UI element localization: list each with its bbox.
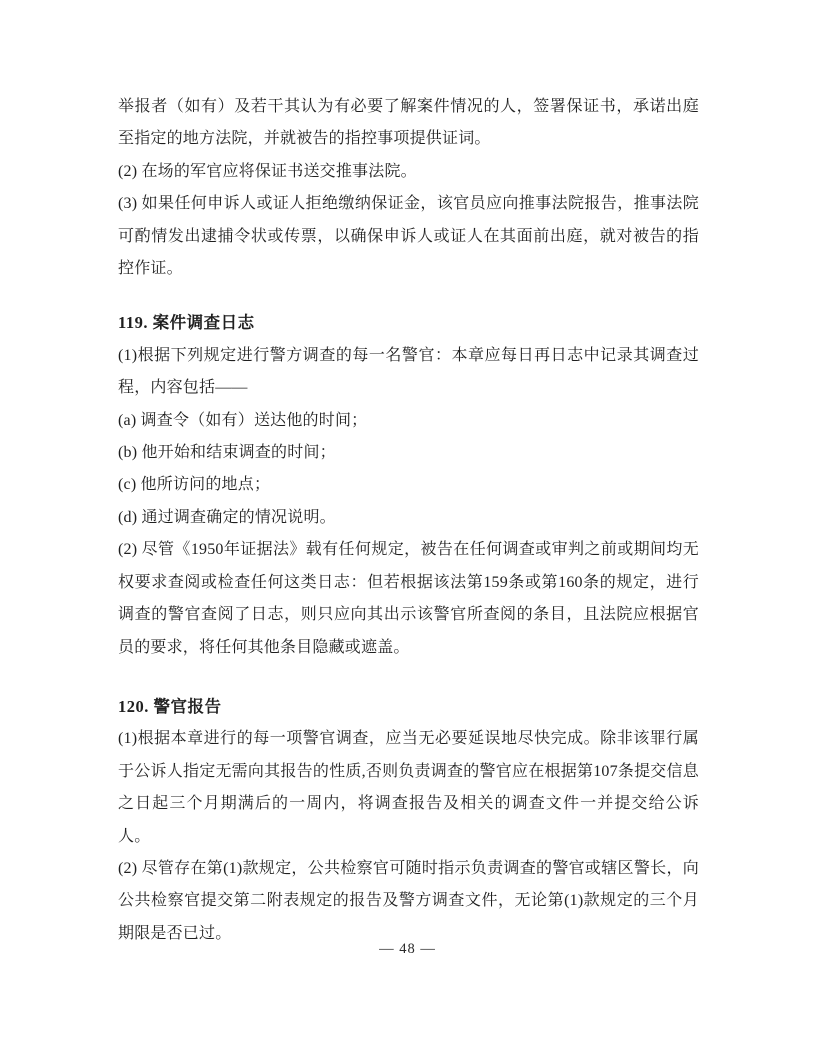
section-119-clause-1: (1)根据下列规定进行警方调查的每一名警官：本章应每日再日志中记录其调查过程，内… xyxy=(118,340,699,405)
section-120-clause-2: (2) 尽管存在第(1)款规定，公共检察官可随时指示负责调查的警官或辖区警长，向… xyxy=(118,853,699,950)
section-119-item-a: (a) 调查令（如有）送达他的时间； xyxy=(118,405,699,437)
top-clause-2: (2) 在场的军官应将保证书送交推事法院。 xyxy=(118,156,699,188)
document-page: 举报者（如有）及若干其认为有必要了解案件情况的人，签署保证书，承诺出庭至指定的地… xyxy=(0,0,815,1055)
section-119-item-c: (c) 他所访问的地点； xyxy=(118,469,699,501)
section-119-clause-2: (2) 尽管《1950年证据法》载有任何规定，被告在任何调查或审判之前或期间均无… xyxy=(118,534,699,664)
section-119-item-b: (b) 他开始和结束调查的时间； xyxy=(118,437,699,469)
section-120-clause-1: (1)根据本章进行的每一项警官调查，应当无必要延误地尽快完成。除非该罪行属于公诉… xyxy=(118,723,699,853)
section-119-heading: 119. 案件调查日志 xyxy=(118,307,699,339)
continuation-paragraph: 举报者（如有）及若干其认为有必要了解案件情况的人，签署保证书，承诺出庭至指定的地… xyxy=(118,91,699,156)
document-content: 举报者（如有）及若干其认为有必要了解案件情况的人，签署保证书，承诺出庭至指定的地… xyxy=(118,91,699,950)
section-120-heading: 120. 警官报告 xyxy=(118,691,699,723)
page-number: — 48 — xyxy=(0,941,815,958)
top-clause-3: (3) 如果任何申诉人或证人拒绝缴纳保证金，该官员应向推事法院报告，推事法院可酌… xyxy=(118,188,699,285)
section-119-item-d: (d) 通过调查确定的情况说明。 xyxy=(118,502,699,534)
